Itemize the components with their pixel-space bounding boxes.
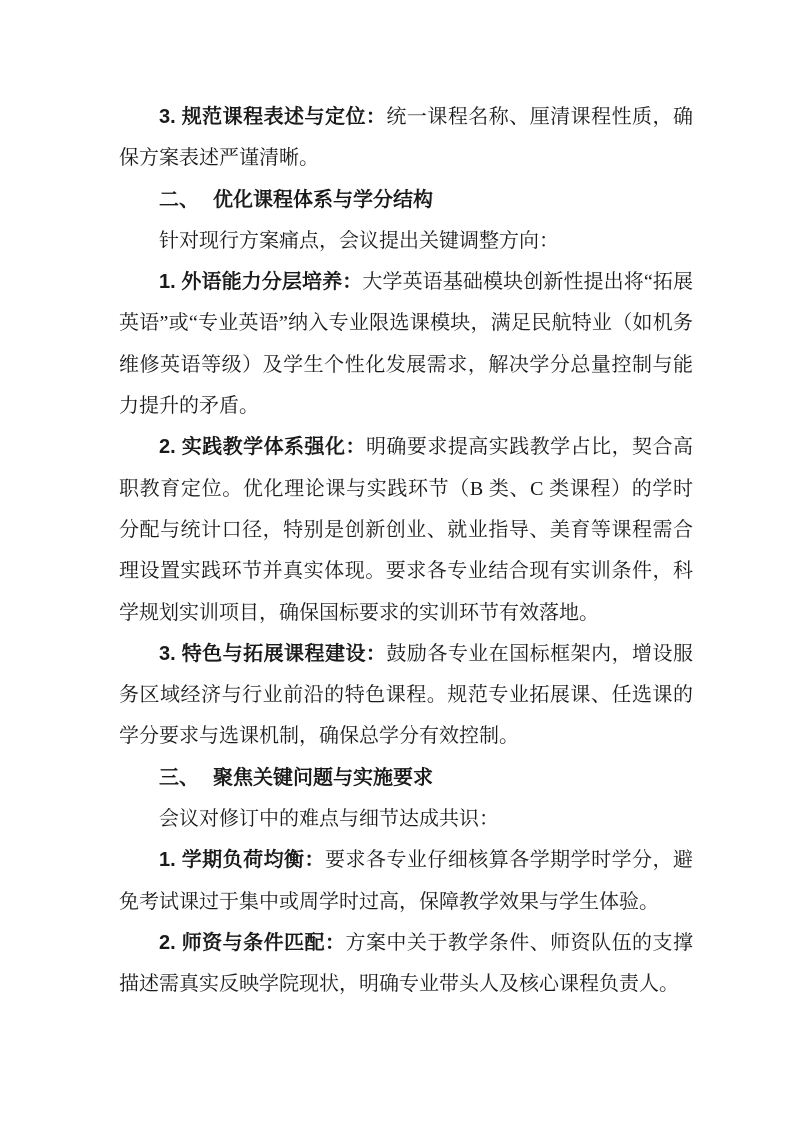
paragraph-text: 明确要求提高实践教学占比，契合高职教育定位。优化理论课与实践环节（B 类、C 类…: [119, 436, 693, 623]
section-heading-3: 三、聚焦关键问题与实施要求: [119, 758, 693, 799]
paragraph-item-2-practice: 2. 实践教学体系强化：明确要求提高实践教学占比，契合高职教育定位。优化理论课与…: [119, 427, 693, 633]
document-page: 3. 规范课程表述与定位：统一课程名称、厘清课程性质，确保方案表述严谨清晰。 二…: [0, 0, 793, 1122]
paragraph-item-1-english: 1. 外语能力分层培养：大学英语基础模块创新性提出将“拓展英语”或“专业英语”纳…: [119, 262, 693, 427]
paragraph-text: 针对现行方案痛点，会议提出关键调整方向：: [159, 230, 559, 252]
section-heading-2: 二、优化课程体系与学分结构: [119, 180, 693, 221]
paragraph-lead: 3. 规范课程表述与定位：: [159, 106, 386, 128]
heading-title: 聚焦关键问题与实施要求: [213, 767, 433, 789]
paragraph-item-1-semester-load: 1. 学期负荷均衡：要求各专业仔细核算各学期学时学分，避免考试课过于集中或周学时…: [119, 840, 693, 923]
paragraph-lead: 1. 外语能力分层培养：: [159, 271, 362, 293]
paragraph-text: 会议对修订中的难点与细节达成共识：: [159, 808, 499, 830]
paragraph-item-3-standardize: 3. 规范课程表述与定位：统一课程名称、厘清课程性质，确保方案表述严谨清晰。: [119, 97, 693, 180]
paragraph-intro-section-3: 会议对修订中的难点与细节达成共识：: [119, 799, 693, 840]
paragraph-item-3-featured-courses: 3. 特色与拓展课程建设：鼓励各专业在国标框架内，增设服务区域经济与行业前沿的特…: [119, 634, 693, 758]
paragraph-lead: 2. 实践教学体系强化：: [159, 436, 366, 458]
heading-number: 二、: [159, 189, 199, 211]
paragraph-lead: 1. 学期负荷均衡：: [159, 849, 325, 871]
heading-title: 优化课程体系与学分结构: [213, 189, 433, 211]
paragraph-lead: 3. 特色与拓展课程建设：: [159, 643, 386, 665]
heading-number: 三、: [159, 767, 199, 789]
paragraph-intro-section-2: 针对现行方案痛点，会议提出关键调整方向：: [119, 221, 693, 262]
paragraph-item-2-faculty: 2. 师资与条件匹配：方案中关于教学条件、师资队伍的支撑描述需真实反映学院现状，…: [119, 923, 693, 1006]
paragraph-lead: 2. 师资与条件匹配：: [159, 932, 345, 954]
